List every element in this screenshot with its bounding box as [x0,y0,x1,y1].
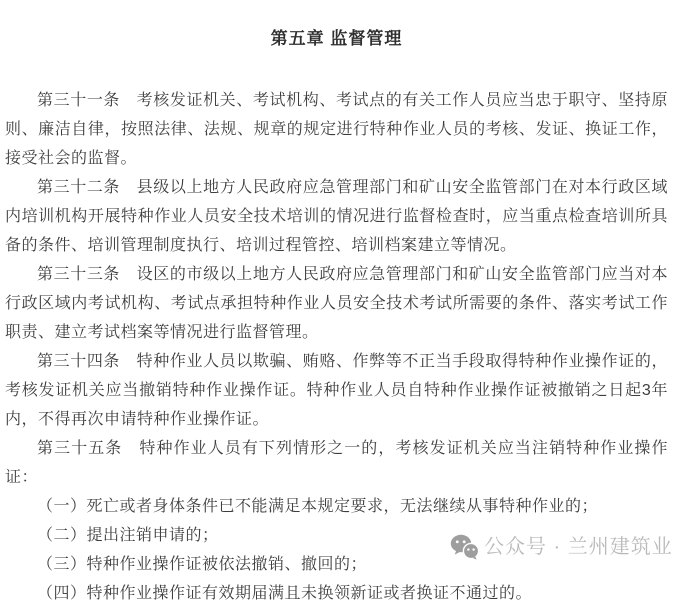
article-35-item-2: （二）提出注销申请的； [5,521,668,550]
article-33-paragraph: 第三十三条 设区的市级以上地方人民政府应急管理部门和矿山安全监管部门应当对本行政… [5,260,668,347]
article-35-item-1: （一）死亡或者身体条件已不能满足本规定要求，无法继续从事特种作业的； [5,492,668,521]
article-35-item-4: （四）特种作业操作证有效期届满且未换领新证或者换证不通过的。 [5,579,668,601]
document-page: 第五章 监督管理 第三十一条 考核发证机关、考试机构、考试点的有关工作人员应当忠… [0,0,677,601]
article-35-paragraph: 第三十五条 特种作业人员有下列情形之一的，考核发证机关应当注销特种作业操作证： [5,434,668,492]
article-34-paragraph: 第三十四条 特种作业人员以欺骗、贿赂、作弊等不正当手段取得特种作业操作证的，考核… [5,347,668,434]
chapter-title: 第五章 监督管理 [5,28,668,50]
article-32-paragraph: 第三十二条 县级以上地方人民政府应急管理部门和矿山安全监管部门在对本行政区域内培… [5,173,668,260]
article-35-item-3: （三）特种作业操作证被依法撤销、撤回的； [5,550,668,579]
document-body: 第三十一条 考核发证机关、考试机构、考试点的有关工作人员应当忠于职守、坚持原则、… [5,86,668,601]
article-31-paragraph: 第三十一条 考核发证机关、考试机构、考试点的有关工作人员应当忠于职守、坚持原则、… [5,86,668,173]
